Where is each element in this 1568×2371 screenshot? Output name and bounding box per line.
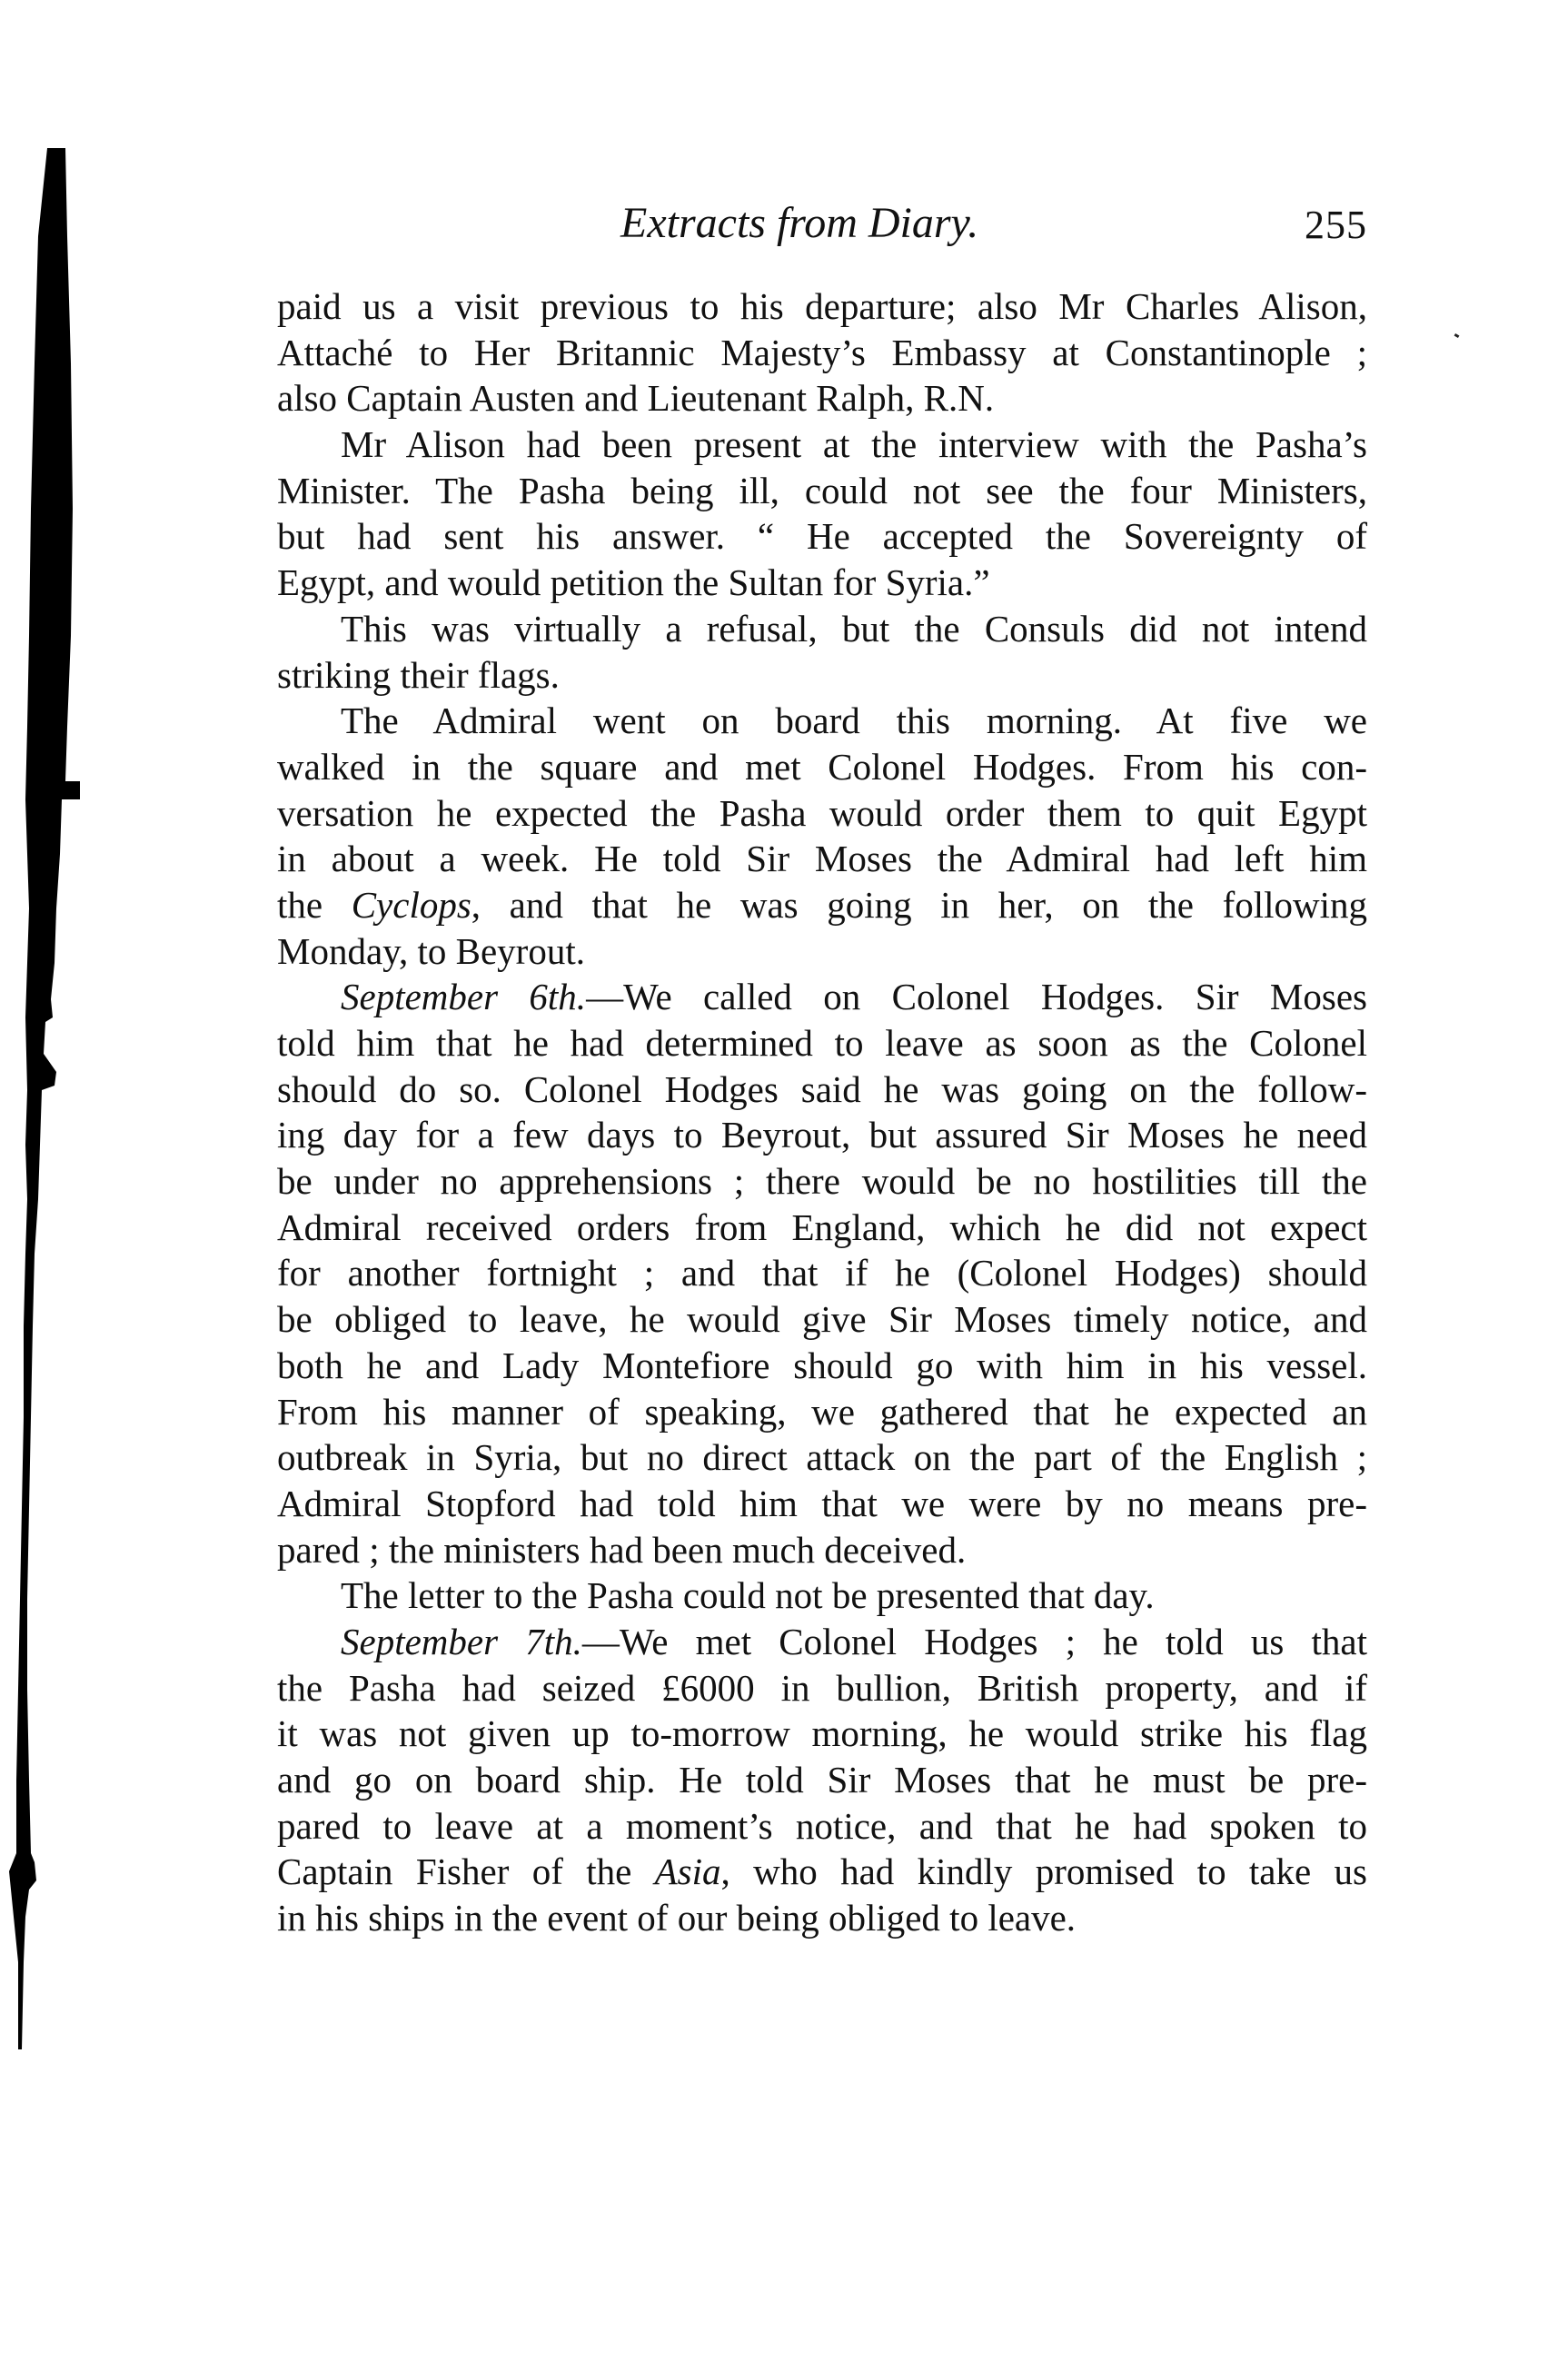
- paragraph: September 6th.—We called on Colonel Hodg…: [277, 974, 1367, 1572]
- text-line: Captain Fisher of the Asia, who had kind…: [277, 1849, 1367, 1895]
- text-line: the Cyclops, and that he was going in he…: [277, 882, 1367, 928]
- text-line: This was virtually a refusal, but the Co…: [277, 606, 1367, 652]
- text-line: The Admiral went on board this morning. …: [277, 698, 1367, 744]
- italic-text: September 7th.: [341, 1621, 582, 1662]
- text-line: September 6th.—We called on Colonel Hodg…: [277, 974, 1367, 1020]
- text-line: in about a week. He told Sir Moses the A…: [277, 836, 1367, 882]
- text-line: September 7th.—We met Colonel Hodges ; h…: [277, 1619, 1367, 1665]
- running-head: Extracts from Diary. 255: [277, 198, 1367, 253]
- text-line: but had sent his answer. “ He accepted t…: [277, 513, 1367, 560]
- scan-speck: [1454, 333, 1460, 338]
- text-line: told him that he had determined to leave…: [277, 1020, 1367, 1066]
- text-line: Attaché to Her Britannic Majesty’s Embas…: [277, 330, 1367, 376]
- text-line: ing day for a few days to Beyrout, but a…: [277, 1112, 1367, 1158]
- text-line: paid us a visit previous to his departur…: [277, 283, 1367, 330]
- text-line: outbreak in Syria, but no direct attack …: [277, 1434, 1367, 1481]
- scan-edge-shadow: [0, 0, 109, 2371]
- text-line: Minister. The Pasha being ill, could not…: [277, 468, 1367, 514]
- text-line: Mr Alison had been present at the interv…: [277, 422, 1367, 468]
- text-line: also Captain Austen and Lieutenant Ralph…: [277, 375, 1367, 422]
- text-line: be under no apprehensions ; there would …: [277, 1158, 1367, 1205]
- body-text: paid us a visit previous to his departur…: [277, 283, 1367, 1941]
- paragraph: paid us a visit previous to his departur…: [277, 283, 1367, 422]
- text-line: the Pasha had seized £6000 in bullion, B…: [277, 1665, 1367, 1711]
- paragraph: Mr Alison had been present at the interv…: [277, 422, 1367, 606]
- text-line: Monday, to Beyrout.: [277, 928, 1367, 975]
- text-line: be obliged to leave, he would give Sir M…: [277, 1296, 1367, 1343]
- text-line: Egypt, and would petition the Sultan for…: [277, 560, 1367, 606]
- page-number: 255: [1305, 200, 1367, 251]
- italic-text: Cyclops: [352, 884, 471, 926]
- text-line: From his manner of speaking, we gathered…: [277, 1389, 1367, 1435]
- text-line: Admiral Stopford had told him that we we…: [277, 1481, 1367, 1527]
- paragraph: The letter to the Pasha could not be pre…: [277, 1572, 1367, 1619]
- text-line: and go on board ship. He told Sir Moses …: [277, 1757, 1367, 1803]
- text-line: striking their flags.: [277, 652, 1367, 699]
- italic-text: September 6th.: [341, 976, 586, 1017]
- text-line: pared ; the ministers had been much dece…: [277, 1527, 1367, 1573]
- text-line: both he and Lady Montefiore should go wi…: [277, 1343, 1367, 1389]
- paragraph: This was virtually a refusal, but the Co…: [277, 606, 1367, 698]
- book-page: Extracts from Diary. 255 paid us a visit…: [0, 0, 1568, 2371]
- text-line: walked in the square and met Colonel Hod…: [277, 744, 1367, 790]
- italic-text: Asia: [655, 1850, 721, 1892]
- text-line: versation he expected the Pasha would or…: [277, 790, 1367, 837]
- paragraph: The Admiral went on board this morning. …: [277, 698, 1367, 974]
- text-line: pared to leave at a moment’s notice, and…: [277, 1803, 1367, 1850]
- text-line: The letter to the Pasha could not be pre…: [277, 1572, 1367, 1619]
- running-head-title: Extracts from Diary.: [620, 198, 978, 249]
- text-line: should do so. Colonel Hodges said he was…: [277, 1066, 1367, 1113]
- text-line: Admiral received orders from England, wh…: [277, 1205, 1367, 1251]
- text-line: for another fortnight ; and that if he (…: [277, 1250, 1367, 1296]
- text-line: it was not given up to-morrow morning, h…: [277, 1711, 1367, 1757]
- paragraph: September 7th.—We met Colonel Hodges ; h…: [277, 1619, 1367, 1941]
- text-line: in his ships in the event of our being o…: [277, 1895, 1367, 1941]
